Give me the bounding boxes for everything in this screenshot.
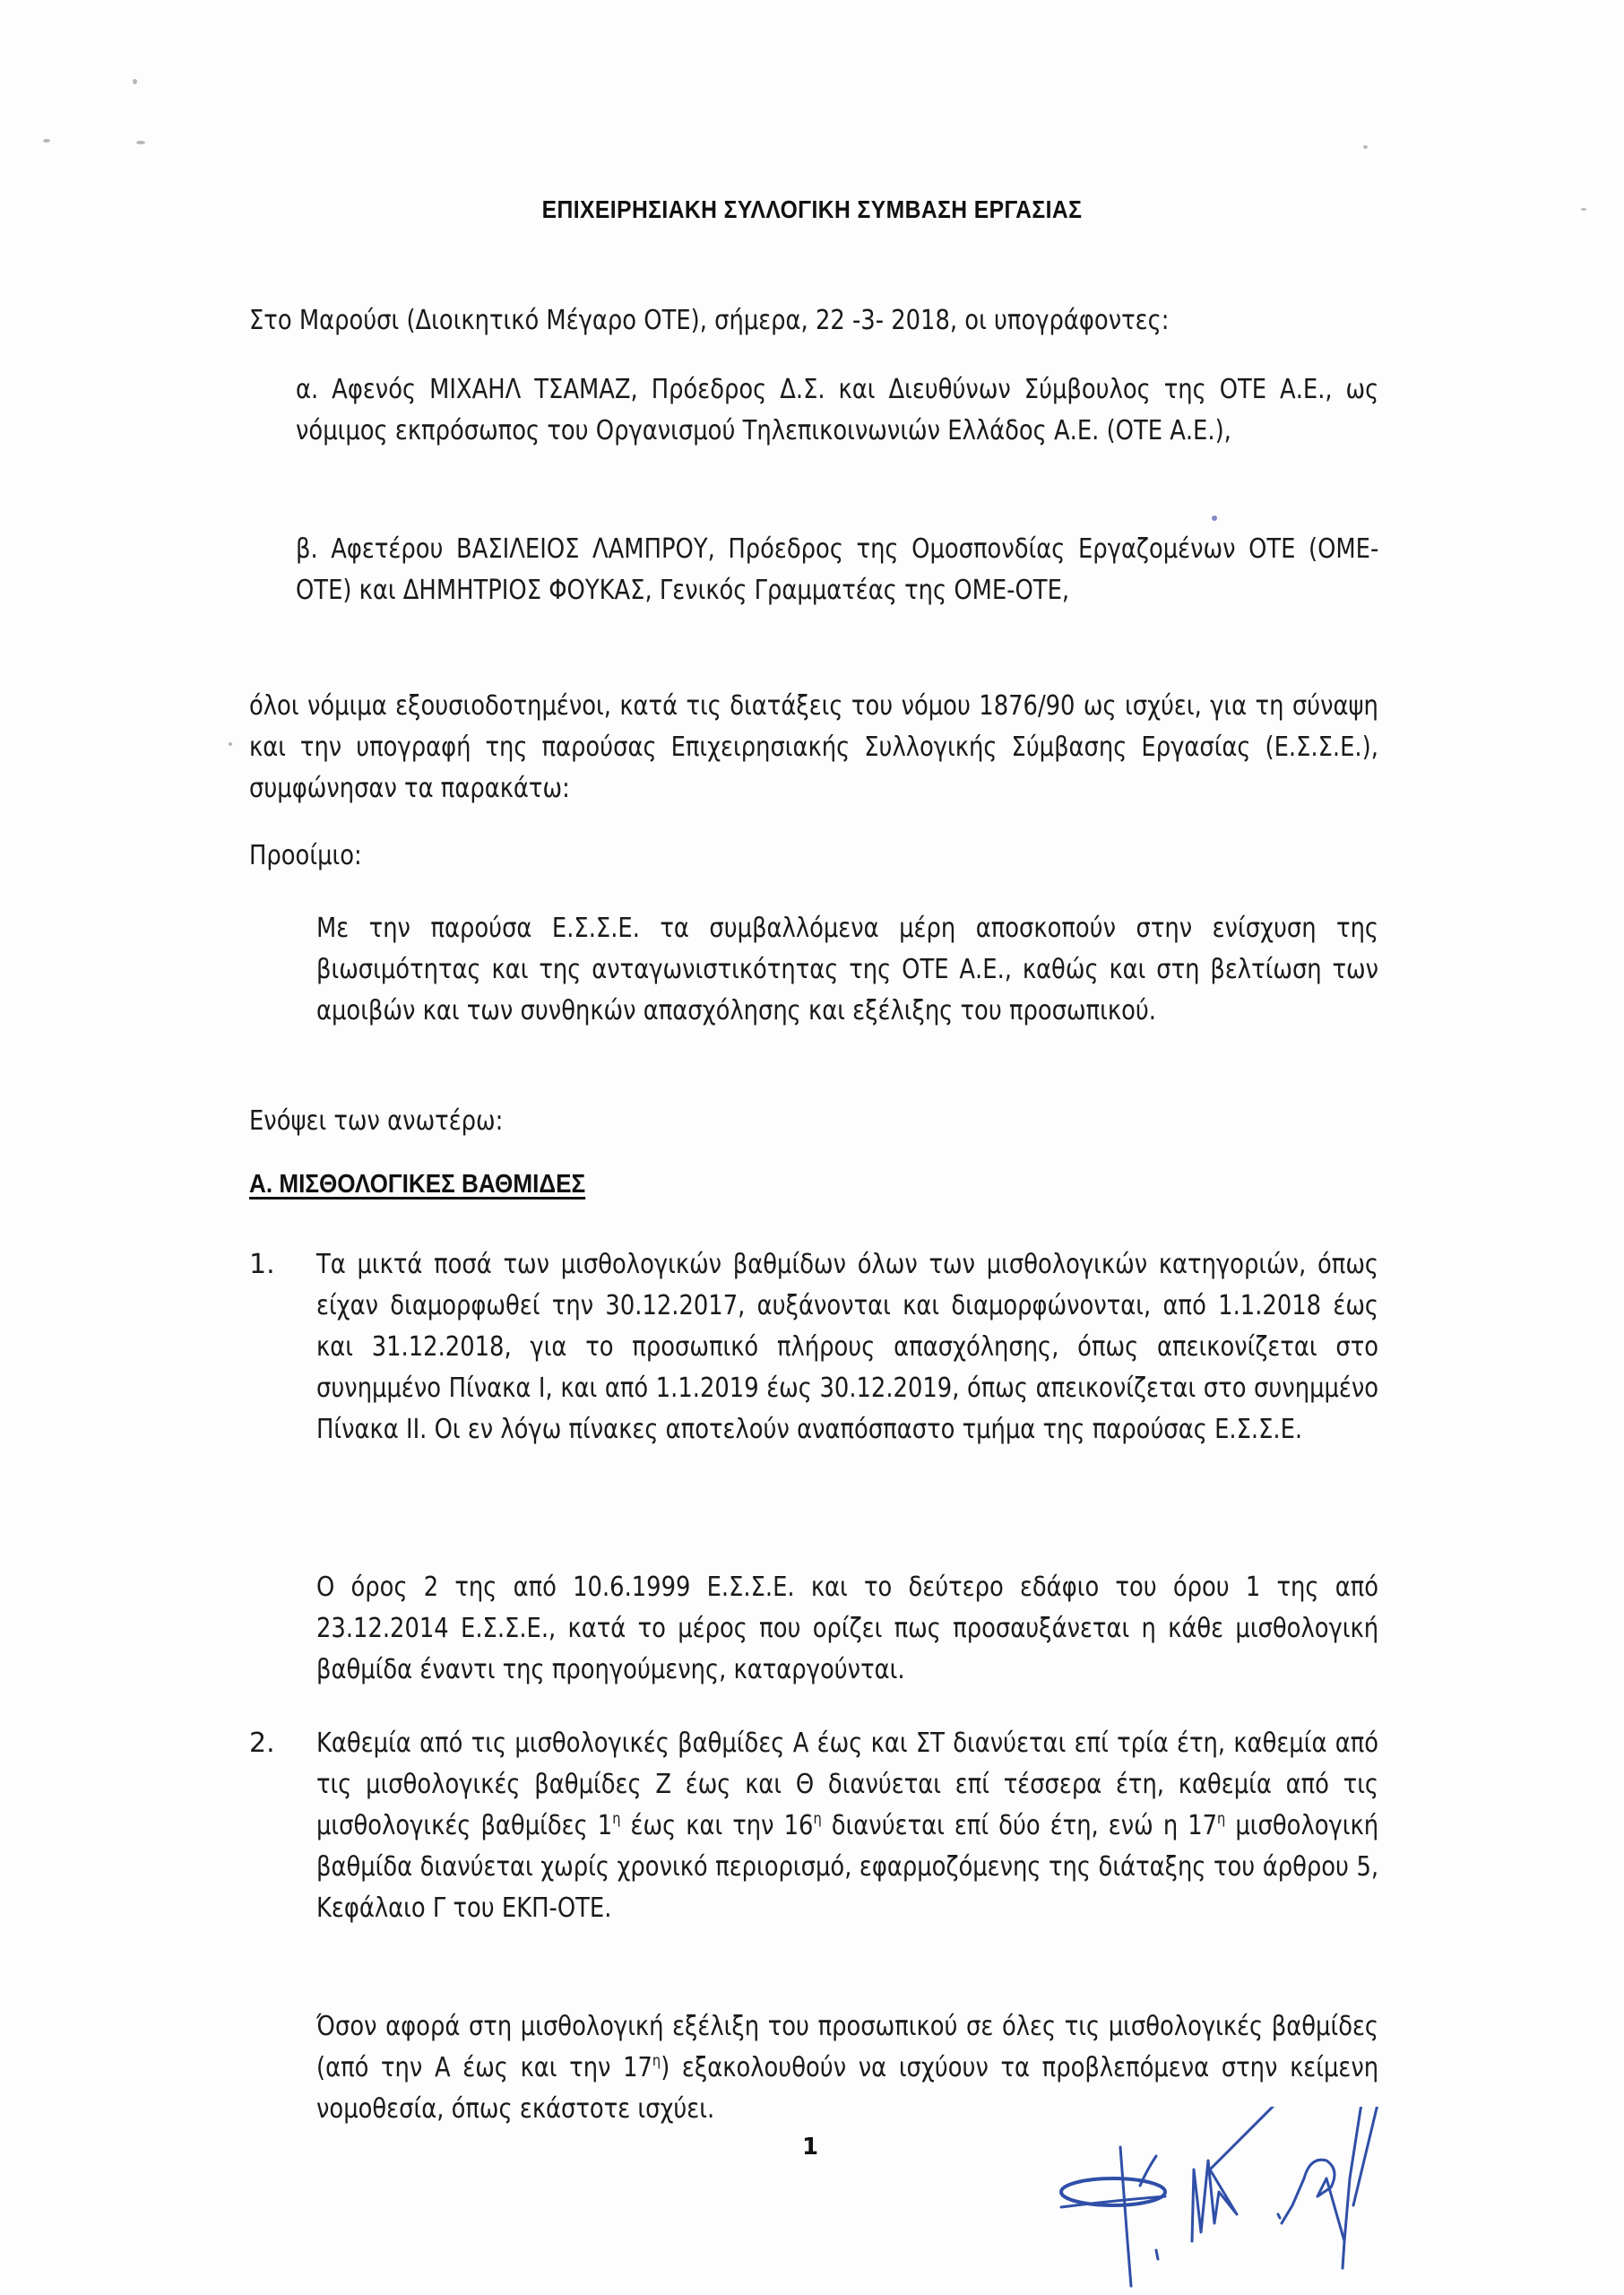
authorization-paragraph: όλοι νόμιμα εξουσιοδοτημένοι, κατά τις δ… [249, 686, 1378, 810]
item-1-number: 1. [249, 1244, 275, 1286]
opening-line: Στο Μαρούσι (Διοικητικό Μέγαρο ΟΤΕ), σήμ… [249, 300, 1169, 342]
ordinal-superscript: η [612, 1810, 620, 1828]
in-view-line: Ενόψει των ανωτέρω: [249, 1101, 503, 1142]
section-heading: Α. ΜΙΣΘΟΛΟΓΙΚΕΣ ΒΑΘΜΙΔΕΣ [249, 1170, 585, 1199]
document-page: ΕΠΙΧΕΙΡΗΣΙΑΚΗ ΣΥΛΛΟΓΙΚΗ ΣΥΜΒΑΣΗ ΕΡΓΑΣΙΑΣ… [0, 0, 1624, 2295]
page-number: 1 [802, 2134, 818, 2161]
item-2-number: 2. [249, 1723, 275, 1764]
scan-speck [1363, 145, 1368, 149]
party-b-text: Αφετέρου ΒΑΣΙΛΕΙΟΣ ΛΑΜΠΡΟΥ, Πρόεδρος της… [296, 533, 1378, 606]
item-1-text: Τα μικτά ποσά των μισθολογικών βαθμίδων … [316, 1244, 1378, 1451]
scan-speck [133, 79, 137, 84]
ordinal-superscript: η [652, 2052, 661, 2070]
signatures-icon [1058, 2107, 1595, 2295]
scan-speck [229, 742, 232, 746]
party-b: β. Αφετέρου ΒΑΣΙΛΕΙΟΣ ΛΑΜΠΡΟΥ, Πρόεδρος … [296, 529, 1378, 611]
scan-speck [136, 141, 145, 144]
party-a: α. Αφενός ΜΙΧΑΗΛ ΤΣΑΜΑΖ, Πρόεδρος Δ.Σ. κ… [296, 369, 1378, 452]
scan-speck [1581, 208, 1586, 211]
item-1-followup: Ο όρος 2 της από 10.6.1999 Ε.Σ.Σ.Ε. και … [316, 1567, 1378, 1691]
ordinal-superscript: η [1217, 1810, 1225, 1828]
document-title: ΕΠΙΧΕΙΡΗΣΙΑΚΗ ΣΥΛΛΟΓΙΚΗ ΣΥΜΒΑΣΗ ΕΡΓΑΣΙΑΣ [98, 195, 1527, 224]
preamble-text: Με την παρούσα Ε.Σ.Σ.Ε. τα συμβαλλόμενα … [316, 908, 1378, 1032]
party-b-marker: β. [296, 533, 318, 565]
item-2-text: Καθεμία από τις μισθολογικές βαθμίδες Α … [316, 1723, 1378, 1929]
ordinal-superscript: η [813, 1810, 821, 1828]
party-a-text: Αφενός ΜΙΧΑΗΛ ΤΣΑΜΑΖ, Πρόεδρος Δ.Σ. και … [296, 374, 1378, 446]
item-2-text-part: διανύεται επί δύο έτη, ενώ η 17 [822, 1810, 1217, 1841]
checkmark-mark [1212, 515, 1217, 521]
party-a-marker: α. [296, 374, 318, 405]
scan-speck [43, 139, 50, 143]
preamble-label: Προοίμιο: [249, 836, 362, 877]
item-2-text-part: έως και την 16 [620, 1810, 813, 1841]
